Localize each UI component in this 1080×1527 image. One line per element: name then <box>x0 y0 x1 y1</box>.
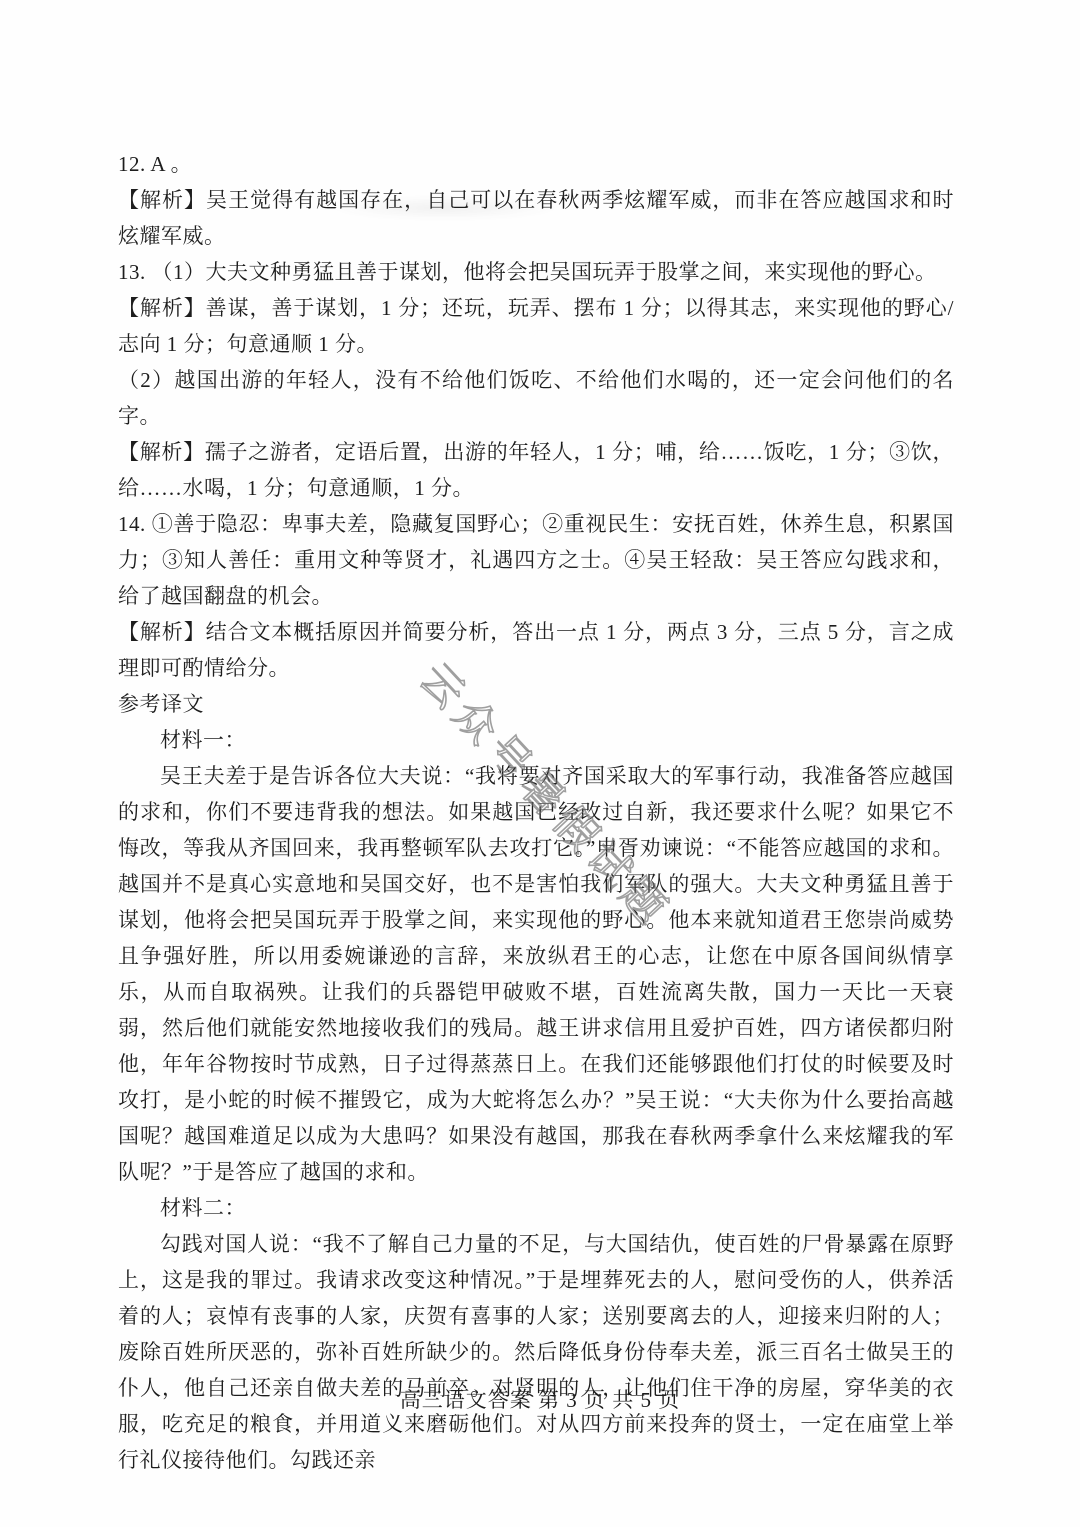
paragraph: 14. ①善于隐忍：卑事夫差，隐藏复国野心；②重视民生：安抚百姓，休养生息，积累… <box>118 506 954 614</box>
paragraph: （2）越国出游的年轻人，没有不给他们饭吃、不给他们水喝的，还一定会问他们的名字。 <box>118 362 954 434</box>
paragraph: 吴王夫差于是告诉各位大夫说：“我将要对齐国采取大的军事行动，我准备答应越国的求和… <box>118 758 954 1190</box>
paragraph: 【解析】善谋，善于谋划，1 分；还玩，玩弄、摆布 1 分；以得其志，来实现他的野… <box>118 290 954 362</box>
paragraph: 【解析】结合文本概括原因并简要分析，答出一点 1 分，两点 3 分，三点 5 分… <box>118 614 954 686</box>
page-footer: 高三语文答案 第 3 页 共 5 页 <box>0 1384 1080 1414</box>
paragraph: 13. （1）大夫文种勇猛且善于谋划，他将会把吴国玩弄于股掌之间，来实现他的野心… <box>118 254 954 290</box>
paragraph: 参考译文 <box>118 686 954 722</box>
document-page: 云众号暑假试题 12. A 。【解析】吴王觉得有越国存在，自己可以在春秋两季炫耀… <box>0 0 1080 1527</box>
paragraph: 12. A 。 <box>118 146 954 182</box>
paragraph: 材料二： <box>118 1190 954 1226</box>
paragraph: 【解析】孺子之游者，定语后置，出游的年轻人，1 分；哺，给……饭吃，1 分；③饮… <box>118 434 954 506</box>
document-body: 12. A 。【解析】吴王觉得有越国存在，自己可以在春秋两季炫耀军威，而非在答应… <box>118 146 954 1478</box>
paragraph: 【解析】吴王觉得有越国存在，自己可以在春秋两季炫耀军威，而非在答应越国求和时炫耀… <box>118 182 954 254</box>
paragraph: 材料一： <box>118 722 954 758</box>
paragraph: 勾践对国人说：“我不了解自己力量的不足，与大国结仇，使百姓的尸骨暴露在原野上，这… <box>118 1226 954 1478</box>
footer-text: 高三语文答案 第 3 页 共 5 页 <box>400 1388 681 1412</box>
